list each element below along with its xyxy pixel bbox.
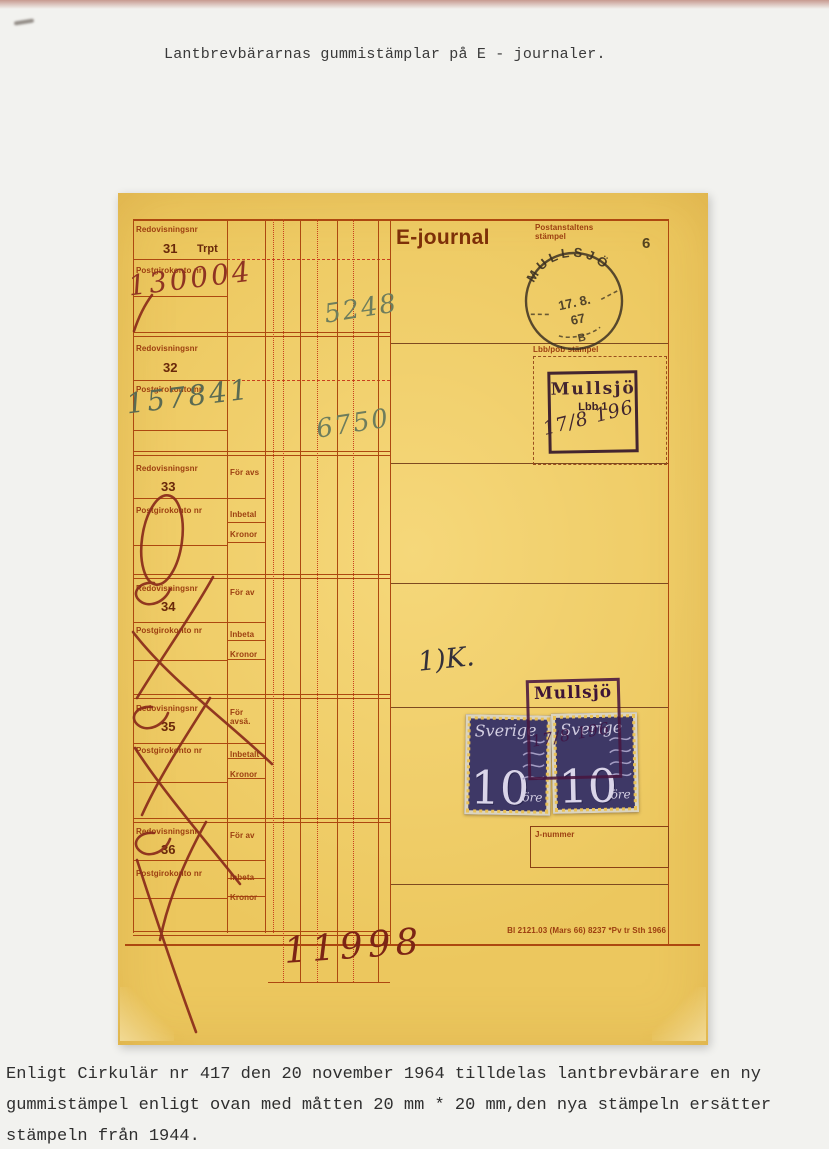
redovisning-label: Redovisningsnr (136, 827, 198, 836)
redovisning-label: Redovisningsnr (136, 464, 198, 473)
rule-line (268, 982, 390, 983)
section-number: 36 (161, 842, 175, 857)
ink-smudge (14, 18, 34, 25)
redovisning-label: Redovisningsnr (136, 704, 198, 713)
stamp-unit: öre (522, 790, 542, 804)
scan-edge (0, 0, 829, 9)
section-number: 32 (163, 360, 177, 375)
col-label: För avsä. (230, 708, 265, 726)
col-label: Inbeta (230, 630, 254, 639)
handwritten-total: 11998 (283, 924, 425, 970)
handwritten-amount-2: 6750 (314, 405, 391, 442)
form-section-36: Redovisningsnr 36 Postgirokonto nr För a… (133, 823, 265, 933)
postmark-town: MULLSJÖ (519, 236, 616, 290)
rule-line (133, 451, 390, 456)
col-label: För av (230, 831, 255, 840)
rule-line (390, 884, 668, 885)
handwritten-amount-1: 5248 (322, 290, 399, 327)
rule-line (133, 694, 390, 699)
col-label: För avs (230, 468, 259, 477)
rule-line (353, 219, 354, 982)
form-section-34: Redovisningsnr 34 Postgirokonto nr För a… (133, 580, 265, 690)
rule-line (390, 219, 391, 944)
rubber-stamp-town: Mullsjö (550, 378, 634, 399)
caption-line: stämpeln från 1944. (6, 1121, 771, 1149)
col-label: Kronor (230, 650, 257, 659)
caption: Enligt Cirkulär nr 417 den 20 november 1… (6, 1059, 771, 1149)
postmark-year: 67 (569, 310, 586, 328)
konto-label: Postgirokonto nr (136, 746, 202, 755)
col-label: För av (230, 588, 255, 597)
cancel-town: Mullsjö (529, 682, 617, 704)
col-label: Inbetalt (230, 750, 259, 759)
rule-line (133, 574, 390, 579)
konto-label: Postgirokonto nr (136, 626, 202, 635)
col-label: Kronor (230, 770, 257, 779)
postmark: MULLSJÖ 17. 8. 67 B (505, 232, 643, 370)
section-number: 31 (163, 241, 177, 256)
mount-corner (652, 987, 706, 1041)
postmark-date: 17. 8. (557, 292, 592, 313)
rule-line (265, 219, 266, 933)
postmark-letter: B (577, 331, 587, 344)
rule-line (390, 583, 668, 584)
konto-label: Postgirokonto nr (136, 869, 202, 878)
redovisning-label: Redovisningsnr (136, 584, 198, 593)
form-page-number: 6 (642, 235, 650, 252)
caption-line: gummistämpel enligt ovan med måtten 20 m… (6, 1090, 771, 1121)
j-number-label: J-nummer (535, 830, 574, 839)
col-label: Inbetal (230, 510, 256, 519)
mount-corner (120, 987, 174, 1041)
caption-line: Enligt Cirkulär nr 417 den 20 november 1… (6, 1059, 771, 1090)
j-number-box: J-nummer (530, 826, 669, 868)
rule-line (378, 219, 379, 982)
rule-line (283, 219, 284, 982)
album-page: Lantbrevbärarnas gummistämplar på E - jo… (0, 0, 829, 1149)
section-number: 34 (161, 599, 175, 614)
svg-text:MULLSJÖ: MULLSJÖ (519, 236, 616, 290)
form-section-33: Redovisningsnr 33 Postgirokonto nr För a… (133, 460, 265, 570)
col-label: Kronor (230, 530, 257, 539)
col-label: Kronor (230, 893, 257, 902)
section-number: 33 (161, 479, 175, 494)
section-number: 35 (161, 719, 175, 734)
form-imprint: Bl 2121.03 (Mars 66) 8237 *Pv tr Sth 196… (458, 926, 666, 935)
page-title: Lantbrevbärarnas gummistämplar på E - jo… (164, 46, 606, 63)
rule-line (273, 219, 274, 933)
rule-line (337, 219, 338, 982)
redovisning-label: Redovisningsnr (136, 225, 198, 234)
konto-label: Postgirokonto nr (136, 506, 202, 515)
col-label: Inbeta (230, 873, 254, 882)
section-suffix: Trpt (197, 243, 218, 255)
handwritten-mark: 1)K. (417, 643, 476, 676)
e-journal-form: E-journal Postanstaltens stämpel 6 Lbb/p… (118, 193, 708, 1045)
form-section-35: Redovisningsnr 35 Postgirokonto nr För a… (133, 700, 265, 810)
rule-line (133, 219, 668, 221)
redovisning-label: Redovisningsnr (136, 344, 198, 353)
rule-line (317, 219, 318, 982)
rule-line (300, 219, 301, 982)
stamp-unit: öre (610, 787, 630, 801)
form-heading: E-journal (396, 226, 490, 250)
rule-line (133, 332, 390, 337)
